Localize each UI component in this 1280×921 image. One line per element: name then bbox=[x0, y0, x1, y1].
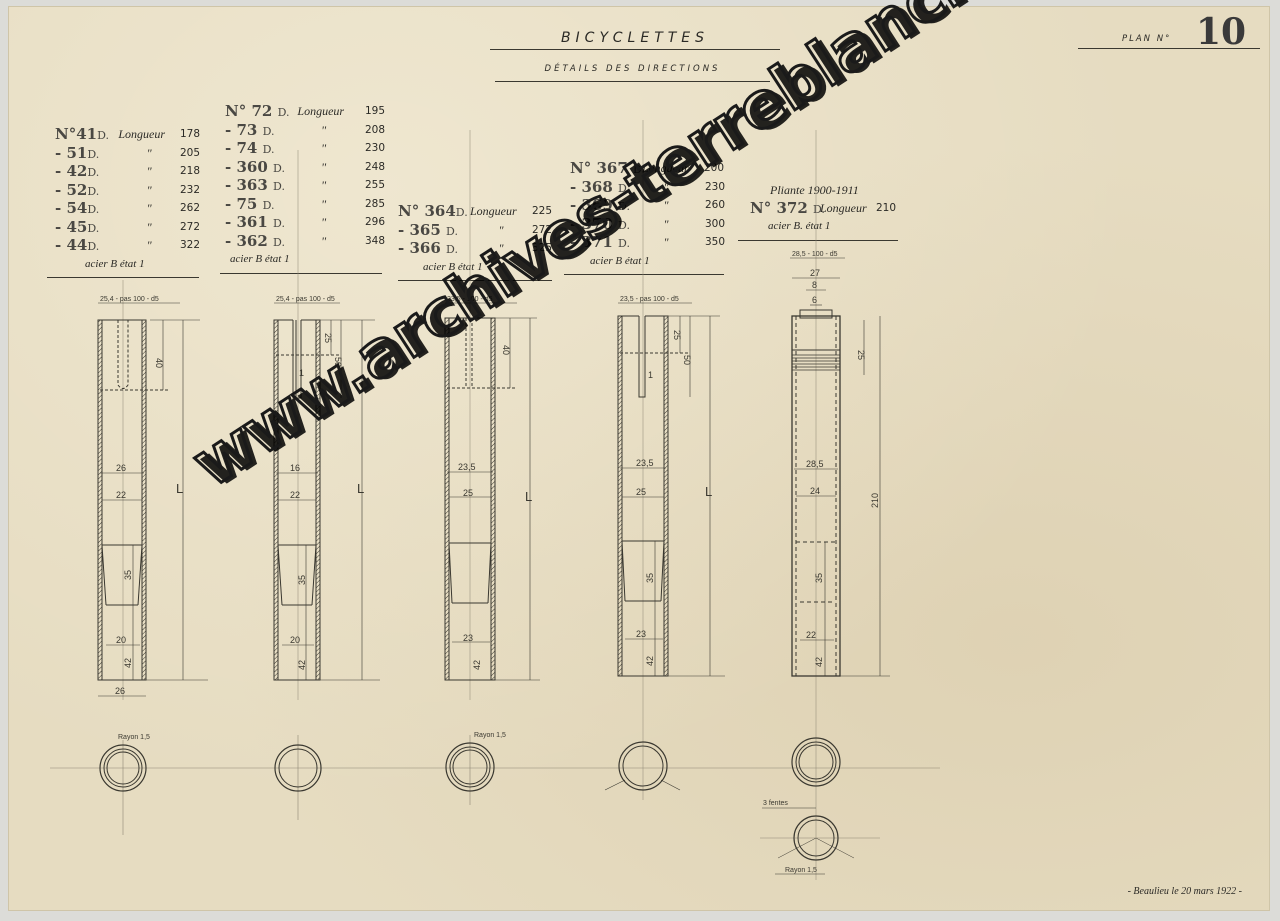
dim-label: 20 bbox=[116, 635, 126, 645]
radius-note: Rayon 1,5 bbox=[785, 867, 817, 874]
dim-label: 28,5 bbox=[806, 459, 824, 469]
dim-label: 8 bbox=[812, 280, 817, 290]
thread-spec: 25,4 - pas 100 - d5 bbox=[276, 296, 335, 303]
dim-label: 27 bbox=[810, 268, 820, 278]
dim-label: 22 bbox=[290, 490, 300, 500]
dim-label: 23,5 bbox=[636, 458, 654, 468]
date-signature: - Beaulieu le 20 mars 1922 - bbox=[1128, 886, 1242, 897]
thread-spec: 28,5 - 100 - d5 bbox=[792, 251, 838, 258]
dim-label: 25 bbox=[856, 350, 866, 360]
dim-label: 26 bbox=[115, 686, 125, 696]
dim-label: 40 bbox=[501, 345, 511, 355]
dim-label: 35 bbox=[123, 570, 133, 580]
dim-label: 22 bbox=[116, 490, 126, 500]
dim-label: 35 bbox=[645, 573, 655, 583]
dim-label: 50 bbox=[682, 355, 692, 365]
thread-spec: 23,5 - pas 100 - d5 bbox=[620, 296, 679, 303]
length-label: 210 bbox=[870, 493, 880, 508]
thread-spec: 25,4 - pas 100 - d5 bbox=[100, 296, 159, 303]
dim-label: 40 bbox=[154, 358, 164, 368]
dim-label: 20 bbox=[290, 635, 300, 645]
dim-label: 16 bbox=[290, 463, 300, 473]
tube-drawing-4: 23,5 - pas 100 - d5 25 50 1 23,5 25 35 2… bbox=[605, 296, 725, 790]
tube-drawing-1: 25,4 - pas 100 - d5 40 26 22 35 20 42 26… bbox=[98, 296, 208, 791]
dim-label: 42 bbox=[297, 660, 307, 670]
dim-label: 23 bbox=[636, 629, 646, 639]
technical-drawings: 25,4 - pas 100 - d5 40 26 22 35 20 42 26… bbox=[0, 0, 1280, 921]
dim-label: 22 bbox=[806, 630, 816, 640]
dim-label: 42 bbox=[645, 656, 655, 666]
dim-label: 26 bbox=[116, 463, 126, 473]
dim-label: 24 bbox=[810, 486, 820, 496]
tube-drawing-3: 23,5 - 100 - d5 40 23,5 25 23 42 L Rayon… bbox=[445, 296, 540, 791]
dim-label: 23,5 bbox=[458, 462, 476, 472]
dim-label: 42 bbox=[123, 658, 133, 668]
dim-label: 25 bbox=[463, 488, 473, 498]
dim-label: 25 bbox=[672, 330, 682, 340]
radius-note: Rayon 1,5 bbox=[474, 732, 506, 739]
dim-label: 6 bbox=[812, 295, 817, 305]
length-label: L bbox=[176, 481, 183, 496]
tube-drawing-5: 28,5 - 100 - d5 27 8 6 25 28,5 24 35 22 … bbox=[762, 251, 890, 874]
dim-label: 42 bbox=[472, 660, 482, 670]
dim-label: 25 bbox=[636, 487, 646, 497]
dim-label: 1 bbox=[648, 370, 653, 380]
radius-note: Rayon 1,5 bbox=[118, 734, 150, 741]
dim-label: 35 bbox=[297, 575, 307, 585]
length-label: L bbox=[525, 489, 532, 504]
length-label: L bbox=[357, 481, 364, 496]
length-label: L bbox=[705, 484, 712, 499]
dim-label: 35 bbox=[814, 573, 824, 583]
dim-label: 23 bbox=[463, 633, 473, 643]
slots-note: 3 fentes bbox=[763, 800, 788, 807]
dim-label: 42 bbox=[814, 657, 824, 667]
